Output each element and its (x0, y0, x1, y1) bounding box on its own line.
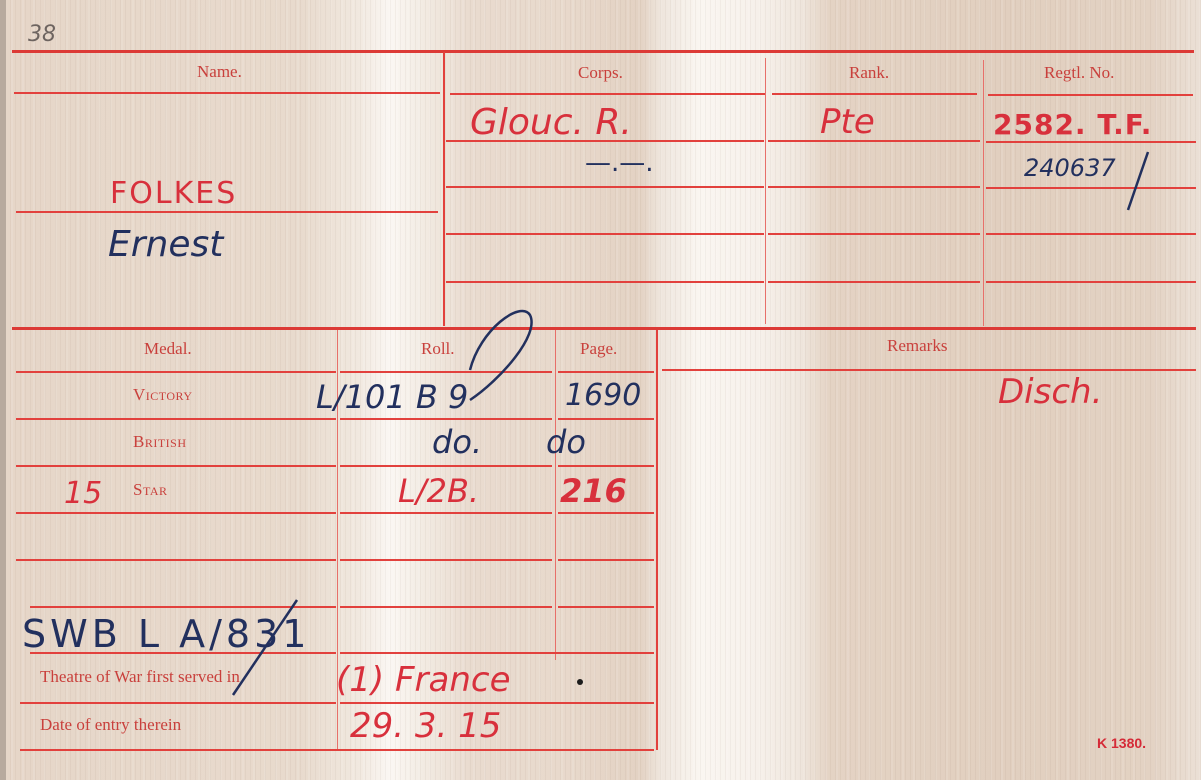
medal-name: Star (133, 480, 168, 500)
roll-label: Roll. (421, 339, 455, 359)
pencil-mark: 38 (28, 22, 56, 47)
rank-row-rule-3 (768, 233, 980, 235)
medal-label: Medal. (144, 339, 192, 359)
reference-value: SWB L A/831 (22, 612, 310, 656)
medal-page: 1690 (565, 378, 641, 413)
theatre-label: Theatre of War first served in (40, 667, 240, 687)
medal-name: Victory (133, 385, 193, 405)
medal-top-rule (12, 327, 1196, 330)
corps-row-rule-4 (446, 281, 764, 283)
corps-rank-divider (765, 58, 766, 324)
rank-header-rule (772, 93, 977, 95)
roll-row-rule-1 (340, 418, 552, 420)
page-header-rule (558, 371, 654, 373)
medal-roll: L/2B. (398, 472, 479, 510)
footer-rule-1b (340, 652, 654, 654)
regtl-no-label: Regtl. No. (1044, 63, 1114, 83)
name-label: Name. (197, 62, 242, 82)
medal-row-rule-4 (16, 559, 336, 561)
roll-page-divider (555, 330, 556, 660)
roll-row-rule-4 (340, 559, 552, 561)
medal-row-rule-1 (16, 418, 336, 420)
page-row-rule-3 (558, 512, 654, 514)
medal-page: 216 (560, 472, 627, 510)
medal-row-rule-2 (16, 465, 336, 467)
roll-row-rule-2 (340, 465, 552, 467)
top-border-rule (12, 50, 1194, 53)
surname-value: FOLKES (110, 176, 237, 211)
rank-value: Pte (820, 102, 875, 142)
regtl-row-rule-1 (986, 141, 1196, 143)
remarks-header-rule (662, 369, 1196, 371)
page-row-rule-1 (558, 418, 654, 420)
medal-prefix: 15 (64, 476, 102, 511)
theatre-value: (1) France (336, 660, 511, 700)
medal-roll: do. (432, 423, 482, 461)
regtl-row-rule-2 (986, 187, 1196, 189)
card-left-edge (0, 0, 6, 780)
corps-row-rule-3 (446, 233, 764, 235)
regtl-header-rule (988, 94, 1193, 96)
medal-roll: L/101 B 9 (316, 378, 468, 416)
regtl-row-rule-4 (986, 281, 1196, 283)
page-label: Page. (580, 339, 617, 359)
medal-row-rule-3 (16, 512, 336, 514)
regtl-no-value: 2582. T.F. (993, 108, 1152, 141)
date-label: Date of entry therein (40, 715, 181, 735)
date-value: 29. 3. 15 (350, 706, 501, 746)
page-row-rule-2 (558, 465, 654, 467)
page-row-rule-4 (558, 559, 654, 561)
regtl-row-rule-3 (986, 233, 1196, 235)
medal-page: do (546, 423, 586, 461)
corps-header-rule (450, 93, 765, 95)
footer-rule-3 (20, 749, 654, 751)
rank-row-rule-2 (768, 186, 980, 188)
corps-value: Glouc. R. (470, 102, 632, 143)
regtl-no-new-value: 240637 (1024, 154, 1116, 182)
rank-regtl-divider (983, 60, 984, 326)
name-mid-rule (16, 211, 438, 213)
forename-value: Ernest (108, 224, 223, 265)
page-row-rule-5 (558, 606, 654, 608)
remarks-value: Disch. (998, 372, 1102, 412)
roll-row-rule-3 (340, 512, 552, 514)
medal-name: British (133, 432, 187, 452)
roll-header-rule (340, 371, 552, 373)
medal-header-rule (16, 371, 336, 373)
rank-label: Rank. (849, 63, 889, 83)
corps-row-rule-2 (446, 186, 764, 188)
footer-rule-2 (20, 702, 336, 704)
ink-dot (577, 679, 583, 685)
name-corps-divider (443, 52, 445, 326)
name-header-rule (14, 92, 440, 94)
rank-row-rule-4 (768, 281, 980, 283)
remarks-label: Remarks (887, 336, 947, 356)
roll-loop-stroke (470, 311, 532, 400)
medal-row-rule-5 (30, 606, 336, 608)
corps-ditto-value: —.—. (585, 148, 654, 178)
regtl-slash-stroke (1128, 152, 1148, 210)
page-remarks-divider (656, 330, 658, 750)
corps-label: Corps. (578, 63, 623, 83)
roll-row-rule-5 (340, 606, 552, 608)
footer-rule-2b (340, 702, 654, 704)
form-number: K 1380. (1097, 735, 1146, 751)
